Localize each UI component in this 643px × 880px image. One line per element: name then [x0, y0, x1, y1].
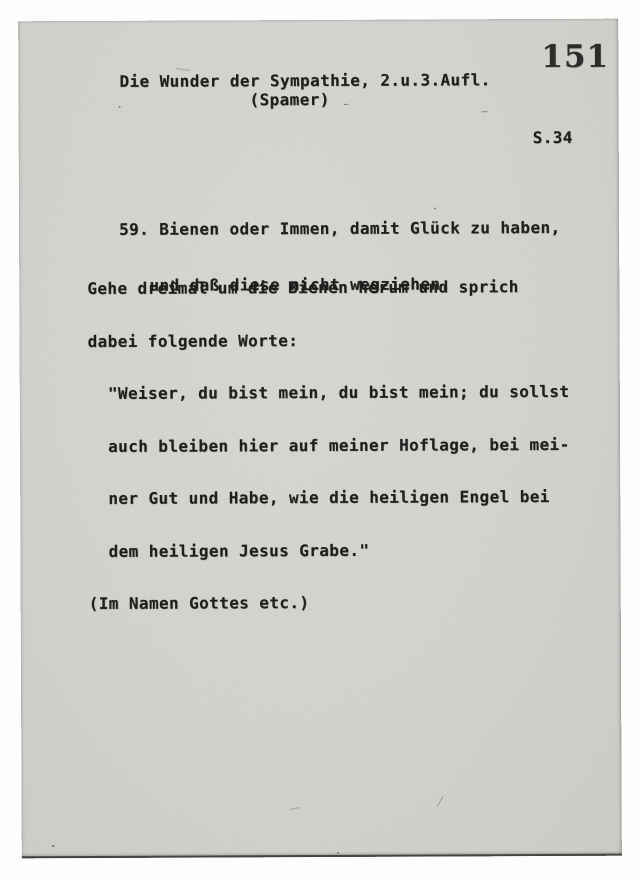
paper-speck — [337, 852, 339, 854]
document-subtitle: (Spamer) — [249, 91, 329, 109]
paper-fiber — [437, 796, 444, 807]
paper-speck — [482, 111, 488, 112]
entry-body-line: ner Gut und Habe, wie die heiligen Engel… — [88, 488, 570, 508]
entry-body-line: "Weiser, du bist mein, du bist mein; du … — [88, 383, 570, 403]
entry-body-line: Gehe dreimal um die Bienen herum und spr… — [87, 278, 569, 298]
paper-fiber — [290, 807, 300, 810]
entry-body: Gehe dreimal um die Bienen herum und spr… — [87, 243, 570, 648]
paper-speck — [52, 845, 55, 847]
document-title: Die Wunder der Sympathie, 2.u.3.Aufl. — [119, 71, 490, 90]
paper-edge-shadow — [22, 854, 622, 859]
paper-card: 151 Die Wunder der Sympathie, 2.u.3.Aufl… — [18, 19, 622, 859]
paper-speck — [344, 104, 349, 105]
entry-body-line: dabei folgende Worte: — [88, 330, 570, 350]
entry-body-line: auch bleiben hier auf meiner Hoflage, be… — [88, 435, 570, 455]
entry-heading-line: 59. Bienen oder Immen, damit Glück zu ha… — [119, 219, 561, 239]
page-reference: S.34 — [533, 129, 573, 147]
entry-body-line: dem heiligen Jesus Grabe." — [88, 540, 570, 560]
document-scan: 151 Die Wunder der Sympathie, 2.u.3.Aufl… — [0, 0, 643, 880]
paper-speck — [119, 106, 121, 108]
page-number: 151 — [541, 39, 609, 75]
entry-body-line: (Im Namen Gottes etc.) — [89, 593, 571, 613]
